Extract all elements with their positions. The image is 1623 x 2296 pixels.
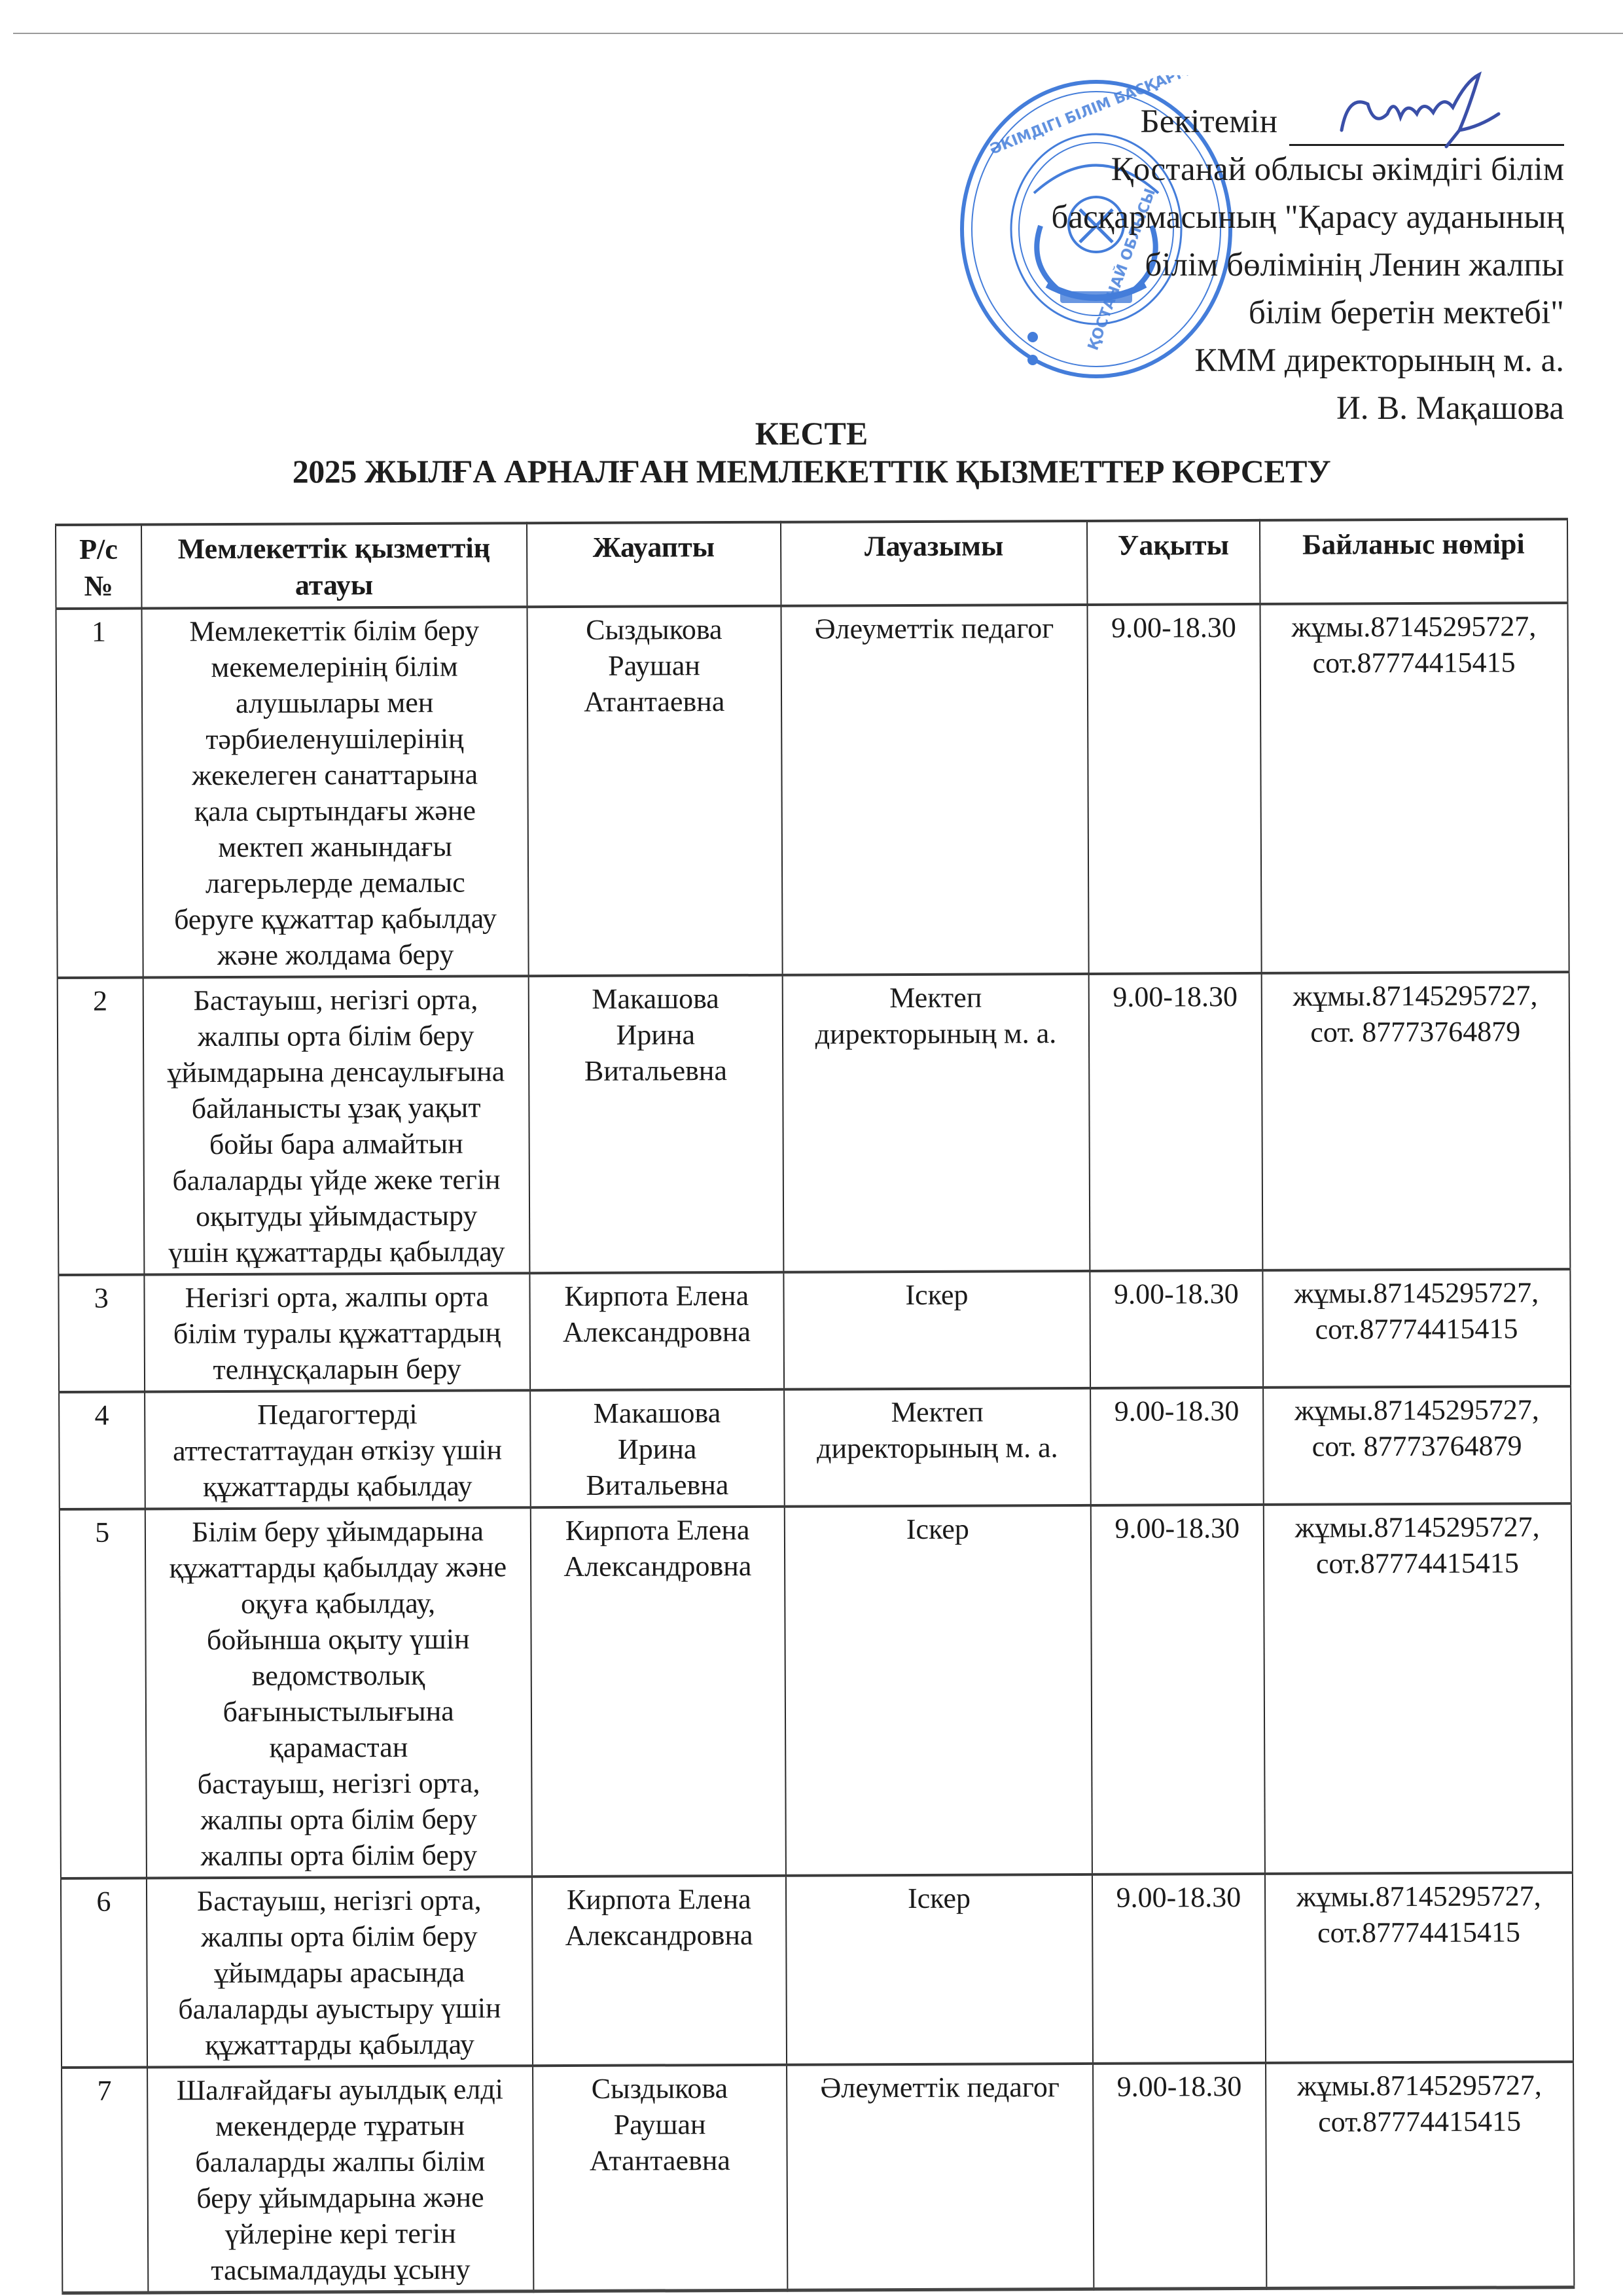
- responsible-person-cell: Кирпота Елена Александровна: [530, 1507, 785, 1876]
- approval-line-4: білім беретін мектебі": [975, 289, 1564, 337]
- responsible-person-cell: Макашова Ирина Витальевна: [530, 1390, 785, 1507]
- contact-phone-cell: жұмы.87145295727, сот.87774415415: [1262, 1269, 1571, 1388]
- header-position: Лауазымы: [781, 521, 1088, 606]
- service-name-cell: Бастауыш, негізгі орта, жалпы орта білім…: [143, 976, 529, 1274]
- approval-block: Бекітемін Қостанай облысы әкімдігі білім…: [975, 98, 1564, 433]
- responsible-person-cell: Кирпота Елена Александровна: [529, 1272, 784, 1390]
- position-cell: Іскер: [783, 1271, 1090, 1390]
- table-row: 6Бастауыш, негізгі орта, жалпы орта білі…: [61, 1873, 1573, 2068]
- header-responsible: Жауапты: [527, 522, 781, 607]
- position-cell: Әлеуметтік педагог: [787, 2064, 1094, 2290]
- row-number-cell: 6: [61, 1878, 147, 2067]
- row-number-cell: 7: [62, 2067, 148, 2293]
- position-cell: Әлеуметтік педагог: [781, 605, 1089, 975]
- table-row: 3Негізгі орта, жалпы орта білім туралы қ…: [58, 1269, 1571, 1392]
- working-hours-cell: 9.00-18.30: [1091, 1505, 1265, 1874]
- service-name-cell: Шалғайдағы ауылдық елді мекендерде тұрат…: [147, 2066, 533, 2293]
- row-number-cell: 2: [58, 977, 144, 1274]
- working-hours-cell: 9.00-18.30: [1090, 1270, 1263, 1388]
- responsible-person-cell: Сыздыкова Раушан Атантаевна: [533, 2065, 787, 2291]
- approve-label: Бекітемін: [1140, 98, 1277, 146]
- contact-phone-cell: жұмы.87145295727, сот. 87773764879: [1263, 1386, 1571, 1505]
- service-name-cell: Бастауыш, негізгі орта, жалпы орта білім…: [147, 1876, 533, 2067]
- header-contact: Байланыс нөмірі: [1260, 519, 1568, 604]
- working-hours-cell: 9.00-18.30: [1092, 1874, 1265, 2064]
- responsible-person-cell: Макашова Ирина Витальевна: [528, 975, 783, 1273]
- scan-edge-line: [13, 33, 1623, 34]
- row-number-cell: 3: [58, 1274, 144, 1392]
- row-number-cell: 4: [59, 1391, 145, 1509]
- table-header-row: Р/с № Мемлекеттік қызметтің атауы Жауапт…: [56, 519, 1567, 609]
- header-time: Уақыты: [1087, 520, 1260, 605]
- signature-icon: [1329, 68, 1544, 153]
- approval-line-6: И. В. Мақашова: [975, 385, 1564, 433]
- header-service-name: Мемлекеттік қызметтің атауы: [141, 523, 527, 608]
- contact-phone-cell: жұмы.87145295727, сот.87774415415: [1260, 603, 1569, 973]
- header-number: Р/с №: [56, 524, 141, 609]
- approval-line-3: білім бөлімінің Ленин жалпы: [975, 242, 1564, 289]
- row-number-cell: 5: [60, 1509, 147, 1878]
- contact-phone-cell: жұмы.87145295727, сот.87774415415: [1263, 1503, 1573, 1874]
- position-cell: Іскер: [786, 1874, 1094, 2065]
- contact-phone-cell: жұмы.87145295727, сот.87774415415: [1264, 1873, 1573, 2063]
- responsible-person-cell: Кирпота Елена Александровна: [532, 1876, 787, 2066]
- table-row: 2Бастауыш, негізгі орта, жалпы орта білі…: [58, 972, 1571, 1275]
- working-hours-cell: 9.00-18.30: [1093, 2063, 1266, 2289]
- services-table: Р/с № Мемлекеттік қызметтің атауы Жауапт…: [55, 518, 1575, 2295]
- document-subtitle: 2025 ЖЫЛҒА АРНАЛҒАН МЕМЛЕКЕТТІК ҚЫЗМЕТТЕ…: [0, 452, 1623, 491]
- position-cell: Іскер: [785, 1505, 1093, 1876]
- position-cell: Мектеп директорының м. а.: [782, 974, 1090, 1272]
- approval-line-2: басқармасының "Қарасу ауданының: [975, 194, 1564, 242]
- table-row: 7Шалғайдағы ауылдық елді мекендерде тұра…: [62, 2062, 1574, 2293]
- responsible-person-cell: Сыздыкова Раушан Атантаевна: [527, 606, 782, 976]
- approval-line-5: КММ директорының м. а.: [975, 337, 1564, 385]
- table-row: 5Білім беру ұйымдарына құжаттарды қабылд…: [60, 1503, 1573, 1878]
- working-hours-cell: 9.00-18.30: [1088, 604, 1262, 974]
- signature-line: [1289, 107, 1564, 146]
- table-row: 1Мемлекеттік білім беру мекемелерінің бі…: [56, 603, 1569, 978]
- position-cell: Мектеп директорының м. а.: [784, 1388, 1091, 1507]
- working-hours-cell: 9.00-18.30: [1090, 1388, 1263, 1505]
- working-hours-cell: 9.00-18.30: [1089, 973, 1262, 1271]
- row-number-cell: 1: [56, 608, 143, 977]
- service-name-cell: Білім беру ұйымдарына құжаттарды қабылда…: [145, 1507, 531, 1878]
- table-row: 4Педагогтерді аттестаттаудан өткізу үшін…: [59, 1386, 1571, 1509]
- contact-phone-cell: жұмы.87145295727, сот. 87773764879: [1261, 972, 1570, 1270]
- contact-phone-cell: жұмы.87145295727, сот.87774415415: [1266, 2062, 1575, 2288]
- service-name-cell: Педагогтерді аттестаттаудан өткізу үшін …: [145, 1390, 531, 1509]
- service-name-cell: Негізгі орта, жалпы орта білім туралы құ…: [144, 1273, 530, 1391]
- service-name-cell: Мемлекеттік білім беру мекемелерінің біл…: [141, 607, 528, 977]
